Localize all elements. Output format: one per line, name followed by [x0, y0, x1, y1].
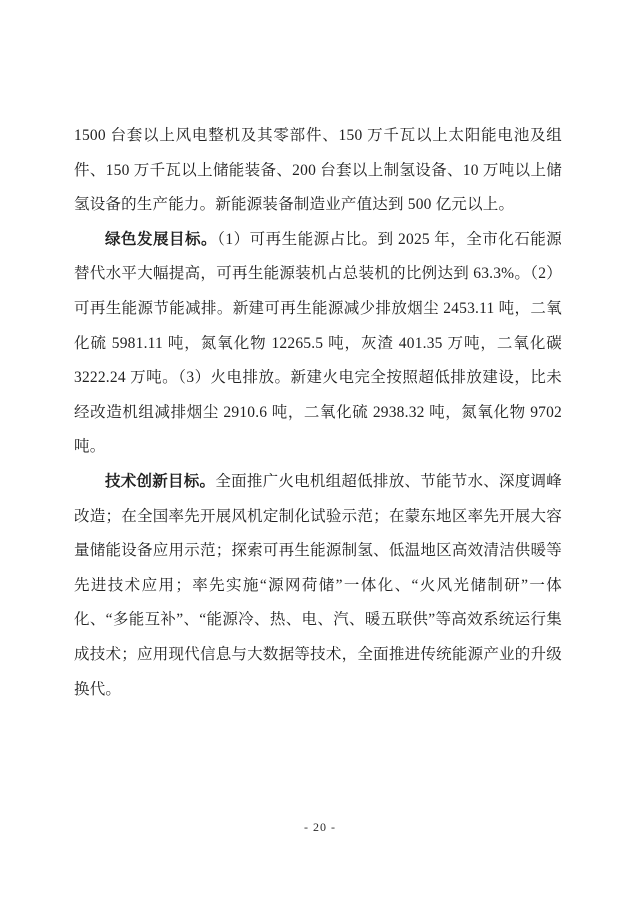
paragraph-green-development-goals: 绿色发展目标。（1）可再生能源占比。到 2025 年，全市化石能源替代水平大幅提… — [74, 223, 562, 465]
paragraph-lead-bold: 技术创新目标。 — [105, 473, 215, 490]
paragraph-production-capacity: 1500 台套以上风电整机及其零部件、150 万千瓦以上太阳能电池及组件、150… — [74, 119, 562, 223]
document-body: 1500 台套以上风电整机及其零部件、150 万千瓦以上太阳能电池及组件、150… — [74, 119, 562, 707]
page-number: - 20 - — [0, 820, 640, 835]
paragraph-text: 1500 台套以上风电整机及其零部件、150 万千瓦以上太阳能电池及组件、150… — [74, 127, 562, 213]
paragraph-text: 全面推广火电机组超低排放、节能节水、深度调峰改造；在全国率先开展风机定制化试验示… — [74, 473, 562, 698]
paragraph-text: （1）可再生能源占比。到 2025 年，全市化石能源替代水平大幅提高，可再生能源… — [74, 231, 562, 456]
document-page: 1500 台套以上风电整机及其零部件、150 万千瓦以上太阳能电池及组件、150… — [0, 0, 640, 905]
paragraph-tech-innovation-goals: 技术创新目标。全面推广火电机组超低排放、节能节水、深度调峰改造；在全国率先开展风… — [74, 465, 562, 707]
paragraph-lead-bold: 绿色发展目标。 — [105, 231, 217, 248]
